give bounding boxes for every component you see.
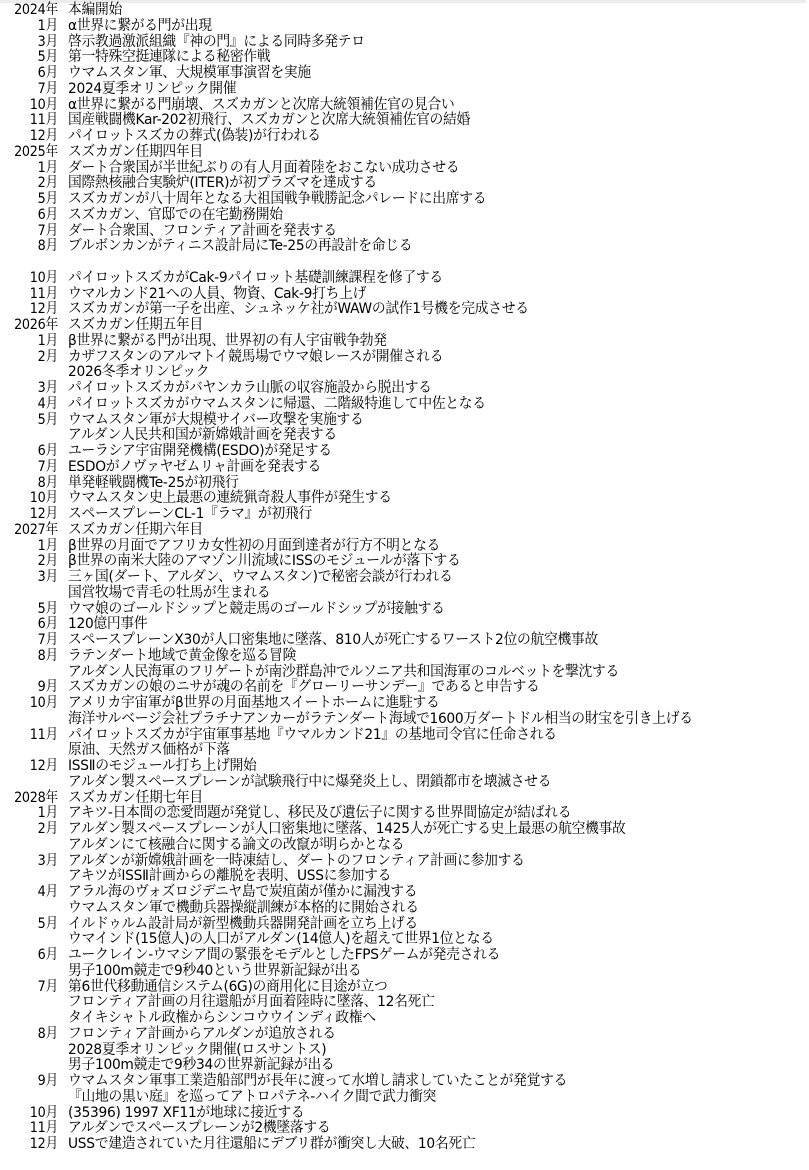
timeline-row: 1月β世界の月面でアフリカ女性初の月面到達者が行方不明となる xyxy=(0,539,809,555)
timeline-event: ウマインド(15億人)の人口がアルダン(14億人)を超えて世界1位となる xyxy=(68,932,494,948)
timeline-row: フロンティア計画の月往還船が月面着陸時に墜落、12名死亡 xyxy=(0,995,809,1011)
timeline-event: β世界に繋がる門が出現、世界初の有人宇宙戦争勃発 xyxy=(68,334,387,350)
timeline-event: 男子100m競走で9秒40という世界新記録が出る xyxy=(68,964,361,980)
timeline-event: タイキシャトル政権からシンコウウインディ政権へ xyxy=(68,1011,376,1027)
timeline-date xyxy=(7,932,58,948)
timeline-date: 5月 xyxy=(7,50,58,66)
timeline-event: ウマルカンド21への人員、物資、Cak-9打ち上げ xyxy=(68,287,366,303)
timeline-date xyxy=(7,586,58,602)
timeline-date: 2月 xyxy=(7,822,58,838)
timeline-date: 4月 xyxy=(7,397,58,413)
timeline-date: 7月 xyxy=(7,460,58,476)
timeline-row: 4月パイロットスズカがウマムスタンに帰還、二階級特進して中佐となる xyxy=(0,397,809,413)
timeline-date: 12月 xyxy=(7,129,58,145)
timeline-row: 7月2024夏季オリンピック開催 xyxy=(0,82,809,98)
timeline-row: 11月国産戦闘機Kar-202初飛行、スズカガンと次席大統領補佐官の結婚 xyxy=(0,113,809,129)
timeline-row: 5月ウマ娘のゴールドシップと競走馬のゴールドシップが接触する xyxy=(0,602,809,618)
timeline-row: 4月アラル海のヴォズロジデニヤ島で炭疽菌が僅かに漏洩する xyxy=(0,885,809,901)
timeline-date: 7月 xyxy=(7,224,58,240)
timeline-date: 8月 xyxy=(7,239,58,255)
timeline-date: 2025年 xyxy=(7,145,58,161)
timeline-row: 2026年スズカガン任期五年目 xyxy=(0,318,809,334)
timeline-date: 2026年 xyxy=(7,318,58,334)
timeline-date: 2028年 xyxy=(7,791,58,807)
timeline-event: アルダンでスペースプレーンが2機墜落する xyxy=(68,1121,330,1137)
timeline-event: (35396) 1997 XF11が地球に接近する xyxy=(68,1106,304,1122)
timeline-date xyxy=(7,1058,58,1074)
timeline-date xyxy=(7,365,58,381)
timeline-date: 1月 xyxy=(7,19,58,35)
timeline-event: ウマムスタン軍で機動兵器操縦訓練が本格的に開始される xyxy=(68,901,419,917)
timeline-date: 10月 xyxy=(7,491,58,507)
timeline-date xyxy=(7,743,58,759)
timeline-date: 8月 xyxy=(7,649,58,665)
timeline-row: 10月パイロットスズカがCak-9パイロット基礎訓練課程を修了する xyxy=(0,271,809,287)
timeline-row: 『山地の黒い庭』を巡ってアトロパテネ-ハイク間で武力衝突 xyxy=(0,1090,809,1106)
timeline-row: 男子100m競走で9秒34の世界新記録が出る xyxy=(0,1058,809,1074)
timeline-date: 9月 xyxy=(7,680,58,696)
timeline-event: カザフスタンのアルマトイ競馬場でウマ娘レースが開催される xyxy=(68,350,443,366)
timeline-event: アラル海のヴォズロジデニヤ島で炭疽菌が僅かに漏洩する xyxy=(68,885,417,901)
timeline-date xyxy=(7,255,58,271)
timeline-event: ウマムスタン軍事工業造船部門が長年に渡って水増し請求していたことが発覚する xyxy=(68,1074,567,1090)
timeline-date: 10月 xyxy=(7,1106,58,1122)
timeline-event: アルダン製スペースプレーンが人口密集地に墜落、1425人が死亡する史上最悪の航空… xyxy=(68,822,626,838)
timeline-row: 3月パイロットスズカがバヤンカラ山脈の収容施設から脱出する xyxy=(0,381,809,397)
timeline-date: 2月 xyxy=(7,554,58,570)
timeline-row: 3月三ヶ国(ダート、アルダン、ウマムスタン)で秘密会談が行われる xyxy=(0,570,809,586)
timeline-row: 2025年スズカガン任期四年目 xyxy=(0,145,809,161)
timeline-row: 2027年スズカガン任期六年目 xyxy=(0,523,809,539)
timeline-date: 3月 xyxy=(7,570,58,586)
timeline-row: 10月ウマムスタン史上最悪の連続猟奇殺人事件が発生する xyxy=(0,491,809,507)
timeline-event: 120億円事件 xyxy=(68,617,147,633)
timeline-event: スズカガン、官邸での在宅勤務開始 xyxy=(68,208,283,224)
timeline-row: アキツがISSⅡ計画からの離脱を表明、USSに参加する xyxy=(0,869,809,885)
timeline-event: アルダン人民海軍のフリゲートが南沙群島沖でルソニア共和国海軍のコルベットを撃沈す… xyxy=(68,665,619,681)
timeline-event: β世界の月面でアフリカ女性初の月面到達者が行方不明となる xyxy=(68,539,440,555)
timeline-event: スペースプレーンX30が人口密集地に墜落、810人が死亡するワースト2位の航空機… xyxy=(68,633,598,649)
timeline-row: 11月パイロットスズカが宇宙軍事基地『ウマルカンド21』の基地司令官に任命される xyxy=(0,728,809,744)
timeline-event: アルダン人民共和国が新嫦娥計画を発表する xyxy=(68,428,337,444)
timeline-event: アルダンが新嫦娥計画を一時凍結し、ダートのフロンティア計画に参加する xyxy=(68,854,525,870)
timeline-event: 原油、天然ガス価格が下落 xyxy=(68,743,230,759)
timeline-row: タイキシャトル政権からシンコウウインディ政権へ xyxy=(0,1011,809,1027)
timeline-date: 2月 xyxy=(7,350,58,366)
timeline-date: 7月 xyxy=(7,82,58,98)
timeline-row: 10月α世界に繋がる門崩壊、スズカガンと次席大統領補佐官の見合い xyxy=(0,98,809,114)
timeline-row: 2月アルダン製スペースプレーンが人口密集地に墜落、1425人が死亡する史上最悪の… xyxy=(0,822,809,838)
timeline-event: USSで建造されていた月往還船にデブリ群が衝突し大破、10名死亡 xyxy=(68,1137,475,1153)
timeline-date xyxy=(7,901,58,917)
timeline-date xyxy=(7,964,58,980)
timeline-date: 3月 xyxy=(7,35,58,51)
timeline-event: ウマムスタン軍が大規模サイバー攻撃を実施する xyxy=(68,413,364,429)
timeline-event: スペースプレーンCL-1『ラマ』が初飛行 xyxy=(68,507,312,523)
timeline-date: 2024年 xyxy=(7,3,58,19)
timeline-event: 2024夏季オリンピック開催 xyxy=(68,82,236,98)
timeline-row: 8月フロンティア計画からアルダンが追放される xyxy=(0,1027,809,1043)
timeline-date: 6月 xyxy=(7,66,58,82)
timeline-event: スズカガン任期六年目 xyxy=(68,523,203,539)
timeline-date: 10月 xyxy=(7,271,58,287)
timeline-row: 1月α世界に繋がる門が出現 xyxy=(0,19,809,35)
timeline-event: 2028夏季オリンピック開催(ロスサントス) xyxy=(68,1043,326,1059)
timeline-row: 6月ユークレイン-ウマシア間の緊張をモデルとしたFPSゲームが発売される xyxy=(0,948,809,964)
timeline-row: 2月β世界の南米大陸のアマゾン川流域にISSのモジュールが落下する xyxy=(0,554,809,570)
timeline-date: 2027年 xyxy=(7,523,58,539)
timeline-date: 8月 xyxy=(7,476,58,492)
timeline-date: 5月 xyxy=(7,917,58,933)
timeline-date xyxy=(7,665,58,681)
timeline-event: 国産戦闘機Kar-202初飛行、スズカガンと次席大統領補佐官の結婚 xyxy=(68,113,470,129)
timeline-row: 7月ESDOがノヴァヤゼムリャ計画を発表する xyxy=(0,460,809,476)
timeline-date: 6月 xyxy=(7,208,58,224)
timeline-date: 5月 xyxy=(7,602,58,618)
timeline-date xyxy=(7,1090,58,1106)
timeline-row: 5月ウマムスタン軍が大規模サイバー攻撃を実施する xyxy=(0,413,809,429)
timeline-row: 12月ISSⅡのモジュール打ち上げ開始 xyxy=(0,759,809,775)
timeline-date xyxy=(7,869,58,885)
timeline-event: パイロットスズカがバヤンカラ山脈の収容施設から脱出する xyxy=(68,381,432,397)
timeline-row: 8月ラテンダート地域で黄金像を巡る冒険 xyxy=(0,649,809,665)
timeline-row: 12月パイロットスズカの葬式(偽装)が行われる xyxy=(0,129,809,145)
timeline-event: 啓示教過激派組織『神の門』による同時多発テロ xyxy=(68,35,365,51)
timeline-event: 第一特殊空挺連隊による秘密作戦 xyxy=(68,50,270,66)
timeline-date: 6月 xyxy=(7,617,58,633)
timeline-event: 男子100m競走で9秒34の世界新記録が出る xyxy=(68,1058,334,1074)
timeline-row: 3月アルダンが新嫦娥計画を一時凍結し、ダートのフロンティア計画に参加する xyxy=(0,854,809,870)
timeline-event: ウマムスタン軍、大規模軍事演習を実施 xyxy=(68,66,311,82)
timeline-date: 12月 xyxy=(7,302,58,318)
timeline-row: 8月単発軽戦闘機Te-25が初飛行 xyxy=(0,476,809,492)
timeline-row: 3月啓示教過激派組織『神の門』による同時多発テロ xyxy=(0,35,809,51)
timeline-event: 三ヶ国(ダート、アルダン、ウマムスタン)で秘密会談が行われる xyxy=(68,570,453,586)
timeline-date: 11月 xyxy=(7,113,58,129)
timeline-date: 5月 xyxy=(7,413,58,429)
timeline-event: 2026冬季オリンピック xyxy=(68,365,209,381)
timeline-row: 9月スズカガンの娘のニサが魂の名前を『グローリーサンデー』であると申告する xyxy=(0,680,809,696)
timeline-event: フロンティア計画からアルダンが追放される xyxy=(68,1027,336,1043)
timeline-row: 10月アメリカ宇宙軍がβ世界の月面基地スイートホームに進駐する xyxy=(0,696,809,712)
timeline-event: ブルボンカンがティニス設計局にTe-25の再設計を命じる xyxy=(68,239,412,255)
timeline-date: 3月 xyxy=(7,854,58,870)
timeline-event: アメリカ宇宙軍がβ世界の月面基地スイートホームに進駐する xyxy=(68,696,439,712)
timeline-event: 本編開始 xyxy=(68,3,122,19)
timeline-event: β世界の南米大陸のアマゾン川流域にISSのモジュールが落下する xyxy=(68,554,460,570)
timeline-event: パイロットスズカがウマムスタンに帰還、二階級特進して中佐となる xyxy=(68,397,486,413)
timeline-row: 1月ダート合衆国が半世紀ぶりの有人月面着陸をおこない成功させる xyxy=(0,161,809,177)
timeline-row: 12月スズカガンが第一子を出産、シュネッケ社がWAWの試作1号機を完成させる xyxy=(0,302,809,318)
timeline-row: 2028夏季オリンピック開催(ロスサントス) xyxy=(0,1043,809,1059)
timeline-event: 第6世代移動通信システム(6G)の商用化に目途が立つ xyxy=(68,980,387,996)
timeline-event: ユークレイン-ウマシア間の緊張をモデルとしたFPSゲームが発売される xyxy=(68,948,500,964)
timeline-row: 国営牧場で青毛の牡馬が生まれる xyxy=(0,586,809,602)
timeline-date xyxy=(7,775,58,791)
timeline-row: 海洋サルベージ会社プラチナアンカーがラテンダート海域で1600万ダートドル相当の… xyxy=(0,712,809,728)
timeline-row: 2028年スズカガン任期七年目 xyxy=(0,791,809,807)
timeline-event: フロンティア計画の月往還船が月面着陸時に墜落、12名死亡 xyxy=(68,995,435,1011)
timeline-event: スズカガンが八十周年となる大祖国戦争戦勝記念パレードに出席する xyxy=(68,192,486,208)
timeline-date: 1月 xyxy=(7,539,58,555)
timeline-row: 原油、天然ガス価格が下落 xyxy=(0,743,809,759)
timeline-row: 5月スズカガンが八十周年となる大祖国戦争戦勝記念パレードに出席する xyxy=(0,192,809,208)
timeline-date: 5月 xyxy=(7,192,58,208)
timeline-row: 6月ウマムスタン軍、大規模軍事演習を実施 xyxy=(0,66,809,82)
timeline-date xyxy=(7,428,58,444)
timeline-row: 5月イルドゥルム設計局が新型機動兵器開発計画を立ち上げる xyxy=(0,917,809,933)
timeline-event: ウマ娘のゴールドシップと競走馬のゴールドシップが接触する xyxy=(68,602,445,618)
timeline-date: 6月 xyxy=(7,948,58,964)
timeline-date: 12月 xyxy=(7,507,58,523)
timeline-event: スズカガンの娘のニサが魂の名前を『グローリーサンデー』であると申告する xyxy=(68,680,539,696)
timeline-row: 7月スペースプレーンX30が人口密集地に墜落、810人が死亡するワースト2位の航… xyxy=(0,633,809,649)
timeline-event: ウマムスタン史上最悪の連続猟奇殺人事件が発生する xyxy=(68,491,392,507)
timeline-date xyxy=(7,1011,58,1027)
timeline-date xyxy=(7,712,58,728)
timeline-date: 8月 xyxy=(7,1027,58,1043)
timeline-date xyxy=(7,838,58,854)
timeline-row: 2月国際熱核融合実験炉(ITER)が初プラズマを達成する xyxy=(0,176,809,192)
timeline-event: スズカガン任期七年目 xyxy=(68,791,203,807)
timeline-date xyxy=(7,1043,58,1059)
timeline-list: 2024年本編開始1月α世界に繋がる門が出現3月啓示教過激派組織『神の門』による… xyxy=(0,3,809,1153)
timeline-date: 1月 xyxy=(7,334,58,350)
timeline-event: パイロットスズカが宇宙軍事基地『ウマルカンド21』の基地司令官に任命される xyxy=(68,728,557,744)
timeline-row: アルダンにて核融合に関する論文の改竄が明らかとなる xyxy=(0,838,809,854)
timeline-row: 男子100m競走で9秒40という世界新記録が出る xyxy=(0,964,809,980)
timeline-date: 1月 xyxy=(7,806,58,822)
timeline-event: ESDOがノヴァヤゼムリャ計画を発表する xyxy=(68,460,321,476)
timeline-date: 11月 xyxy=(7,728,58,744)
timeline-date: 3月 xyxy=(7,381,58,397)
timeline-event: パイロットスズカの葬式(偽装)が行われる xyxy=(68,129,321,145)
timeline-date: 2月 xyxy=(7,176,58,192)
timeline-row: 12月USSで建造されていた月往還船にデブリ群が衝突し大破、10名死亡 xyxy=(0,1137,809,1153)
timeline-date: 7月 xyxy=(7,633,58,649)
timeline-date xyxy=(7,995,58,1011)
timeline-event: 海洋サルベージ会社プラチナアンカーがラテンダート海域で1600万ダートドル相当の… xyxy=(68,712,693,728)
timeline-row: 8月ブルボンカンがティニス設計局にTe-25の再設計を命じる xyxy=(0,239,809,255)
timeline-row: アルダン人民海軍のフリゲートが南沙群島沖でルソニア共和国海軍のコルベットを撃沈す… xyxy=(0,665,809,681)
timeline-row: 2026冬季オリンピック xyxy=(0,365,809,381)
timeline-date: 12月 xyxy=(7,1137,58,1153)
timeline-event: イルドゥルム設計局が新型機動兵器開発計画を立ち上げる xyxy=(68,917,418,933)
timeline-date: 10月 xyxy=(7,98,58,114)
timeline-event: パイロットスズカがCak-9パイロット基礎訓練課程を修了する xyxy=(68,271,443,287)
timeline-event: ラテンダート地域で黄金像を巡る冒険 xyxy=(68,649,296,665)
timeline-date: 4月 xyxy=(7,885,58,901)
timeline-row: 2月カザフスタンのアルマトイ競馬場でウマ娘レースが開催される xyxy=(0,350,809,366)
timeline-event: ダート合衆国、フロンティア計画を発表する xyxy=(68,224,337,240)
timeline-row: アルダン人民共和国が新嫦娥計画を発表する xyxy=(0,428,809,444)
timeline-event: ISSⅡのモジュール打ち上げ開始 xyxy=(68,759,257,775)
timeline-date: 11月 xyxy=(7,1121,58,1137)
timeline-row: 2024年本編開始 xyxy=(0,3,809,19)
timeline-row: アルダン製スペースプレーンが試験飛行中に爆発炎上し、閉鎖都市を壊滅させる xyxy=(0,775,809,791)
timeline-event: スズカガン任期四年目 xyxy=(68,145,203,161)
timeline-row: 11月ウマルカンド21への人員、物資、Cak-9打ち上げ xyxy=(0,287,809,303)
timeline-date: 9月 xyxy=(7,1074,58,1090)
timeline-row: 11月アルダンでスペースプレーンが2機墜落する xyxy=(0,1121,809,1137)
timeline-event: 国際熱核融合実験炉(ITER)が初プラズマを達成する xyxy=(68,176,377,192)
timeline-event: スズカガン任期五年目 xyxy=(68,318,203,334)
timeline-row: 5月第一特殊空挺連隊による秘密作戦 xyxy=(0,50,809,66)
timeline-row: 7月第6世代移動通信システム(6G)の商用化に目途が立つ xyxy=(0,980,809,996)
timeline-date: 10月 xyxy=(7,696,58,712)
timeline-event: スズカガンが第一子を出産、シュネッケ社がWAWの試作1号機を完成させる xyxy=(68,302,529,318)
timeline-event: アルダン製スペースプレーンが試験飛行中に爆発炎上し、閉鎖都市を壊滅させる xyxy=(68,775,551,791)
timeline-event: ダート合衆国が半世紀ぶりの有人月面着陸をおこない成功させる xyxy=(68,161,459,177)
timeline-event: ユーラシア宇宙開発機構(ESDO)が発足する xyxy=(68,444,332,460)
timeline-row: 6月120億円事件 xyxy=(0,617,809,633)
timeline-row: ウマムスタン軍で機動兵器操縦訓練が本格的に開始される xyxy=(0,901,809,917)
timeline-date: 1月 xyxy=(7,161,58,177)
timeline-event: 『山地の黒い庭』を巡ってアトロパテネ-ハイク間で武力衝突 xyxy=(68,1090,436,1106)
timeline-date: 12月 xyxy=(7,759,58,775)
timeline-event: 単発軽戦闘機Te-25が初飛行 xyxy=(68,476,239,492)
timeline-row: ウマインド(15億人)の人口がアルダン(14億人)を超えて世界1位となる xyxy=(0,932,809,948)
timeline-row: 10月(35396) 1997 XF11が地球に接近する xyxy=(0,1106,809,1122)
timeline-row: 12月スペースプレーンCL-1『ラマ』が初飛行 xyxy=(0,507,809,523)
timeline-event: アルダンにて核融合に関する論文の改竄が明らかとなる xyxy=(68,838,404,854)
timeline-event: アキツ-日本間の恋愛問題が発覚し、移民及び遺伝子に関する世界間協定が結ばれる xyxy=(68,806,571,822)
timeline-row xyxy=(0,255,809,271)
timeline-event: α世界に繋がる門崩壊、スズカガンと次席大統領補佐官の見合い xyxy=(68,98,455,114)
timeline-event: α世界に繋がる門が出現 xyxy=(68,19,212,35)
timeline-row: 6月スズカガン、官邸での在宅勤務開始 xyxy=(0,208,809,224)
timeline-row: 9月ウマムスタン軍事工業造船部門が長年に渡って水増し請求していたことが発覚する xyxy=(0,1074,809,1090)
timeline-date: 6月 xyxy=(7,444,58,460)
timeline-row: 6月ユーラシア宇宙開発機構(ESDO)が発足する xyxy=(0,444,809,460)
timeline-event: 国営牧場で青毛の牡馬が生まれる xyxy=(68,586,270,602)
timeline-date: 11月 xyxy=(7,287,58,303)
timeline-row: 1月β世界に繋がる門が出現、世界初の有人宇宙戦争勃発 xyxy=(0,334,809,350)
timeline-event: アキツがISSⅡ計画からの離脱を表明、USSに参加する xyxy=(68,869,391,885)
timeline-row: 7月ダート合衆国、フロンティア計画を発表する xyxy=(0,224,809,240)
timeline-date: 7月 xyxy=(7,980,58,996)
timeline-row: 1月アキツ-日本間の恋愛問題が発覚し、移民及び遺伝子に関する世界間協定が結ばれる xyxy=(0,806,809,822)
